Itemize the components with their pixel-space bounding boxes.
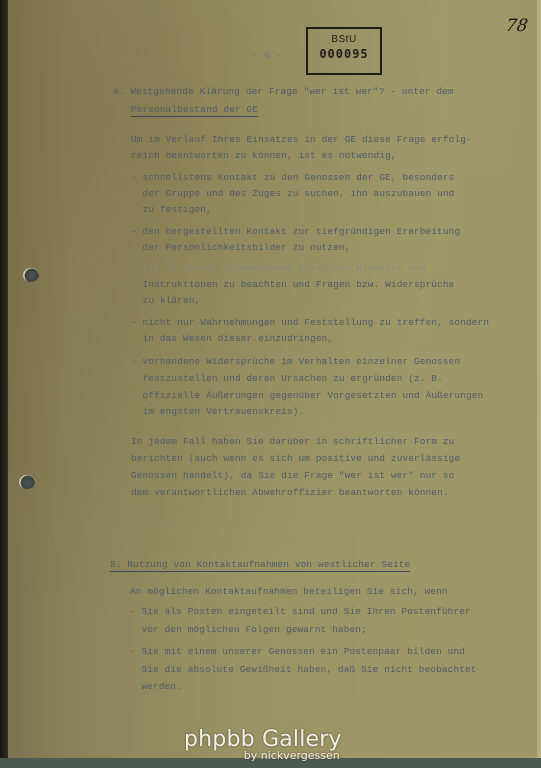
bullet-line: - schnellstens Kontakt zu den Genossen d… — [131, 172, 454, 183]
bullet-line: Sie die absolute Gewißheit haben, daß Si… — [130, 664, 477, 675]
bullet-line: - die in diesem Zusammenhang erteilten H… — [131, 263, 426, 274]
closing-line: In jedem Fall haben Sie darüber in schri… — [131, 436, 454, 447]
section-5-heading: 5. Nutzung von Kontaktaufnahmen von west… — [110, 559, 410, 572]
punch-hole-top — [23, 268, 39, 282]
watermark-title: phpbb Gallery — [184, 729, 342, 751]
bullet-line: zu klären, — [131, 295, 200, 306]
bullet-line: vor den möglichen Folgen gewarnt haben; — [130, 624, 367, 635]
bullet-line: - nicht nur Wahrnehmungen und Feststellu… — [131, 317, 489, 328]
bullet-line: - vorhandene Widersprüche im Verhalten e… — [131, 356, 460, 367]
section-a-heading-line2: Personalbestand der GE — [131, 104, 258, 117]
closing-line: Genossen handelt), da Sie die Frage "wer… — [131, 470, 454, 481]
bullet-line: im engsten Vertrauenskreis). — [131, 406, 304, 417]
bullet-line: zu festigen, — [131, 204, 212, 215]
page-number: - 6 - — [252, 51, 282, 62]
bullet-line: - den hergestellten Kontakt zur tiefgrün… — [131, 226, 460, 237]
punch-hole-bottom — [19, 475, 35, 489]
bullet-line: offizielle Äußerungen gegenüber Vorgeset… — [131, 390, 483, 401]
watermark-credit: by nickvergessen — [184, 751, 340, 761]
bullet-line: - Sie als Posten eingeteilt sind und Sie… — [130, 606, 471, 617]
section-a-intro-line2: reich beantworten zu können, ist es notw… — [131, 150, 397, 161]
archive-stamp: BStU 000095 — [306, 27, 382, 75]
closing-line: berichten (auch wenn es sich um positive… — [131, 453, 460, 464]
bullet-line: der Persönlichkeitsbilder zu nutzen, — [131, 242, 351, 253]
stamp-org: BStU — [308, 34, 380, 45]
section-5-intro: An möglichen Kontaktaufnahmen beteiligen… — [130, 586, 448, 597]
handwritten-page-number: 78 — [505, 16, 529, 36]
section-a-intro-line1: Um im Verlauf Ihres Einsatzes in der GE … — [131, 134, 472, 145]
stamp-number: 000095 — [308, 47, 380, 61]
bullet-line: - Sie mit einem unserer Genossen ein Pos… — [130, 646, 465, 657]
bullet-line: werden. — [130, 681, 182, 692]
bullet-line: festzustellen und deren Ursachen zu ergr… — [131, 373, 443, 384]
bullet-line: in das Wesen dieser einzudringen, — [131, 333, 333, 344]
closing-line: dem verantwortlichen Abwehroffizier bean… — [131, 487, 449, 498]
section-a-heading-line1: a. Weitgehende Klärung der Frage "wer is… — [113, 86, 454, 97]
bullet-line: der Gruppe und des Zuges zu suchen, ihn … — [131, 188, 454, 199]
bullet-line: Instruktionen zu beachten und Fragen bzw… — [131, 279, 454, 290]
gallery-watermark: phpbb Gallery by nickvergessen — [184, 729, 342, 761]
